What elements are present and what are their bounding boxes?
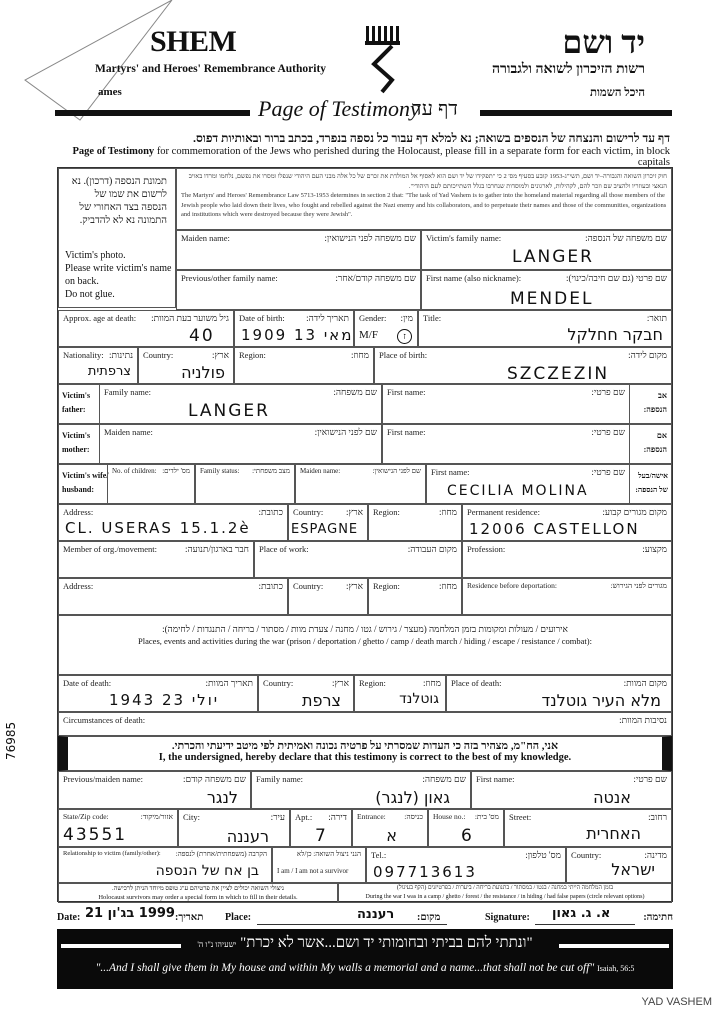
witness-city-field[interactable]: City: עיר: רעננה	[178, 809, 290, 847]
photo-box[interactable]: תמונת הנספה (דרכון). נא לרשום את שמו של …	[58, 168, 176, 308]
witness-house-no-value: 6	[461, 826, 474, 846]
side-line: אב	[644, 389, 667, 403]
label-he: מס' ילדים:	[162, 467, 190, 475]
label-en: First name (also nickname):	[426, 273, 521, 283]
place-of-work-field[interactable]: Place of work: מקום העבודה:	[254, 541, 462, 578]
previous-name-field[interactable]: Previous/other family name: שם משפחה קוד…	[176, 270, 421, 310]
label-en: Permanent residence:	[467, 507, 540, 517]
photo-line: Do not glue.	[65, 288, 173, 301]
label-en: Family name:	[104, 387, 151, 397]
maiden-name-field[interactable]: Maiden name: שם משפחה לפני הנישואין:	[176, 230, 421, 270]
label-he: מס' טלפון:	[525, 850, 561, 860]
label-en: Nationality:	[63, 350, 104, 360]
witness-country-field[interactable]: Country: מדינה: ישראל	[566, 847, 672, 883]
label-he: שם לפני הנישואין:	[372, 467, 421, 475]
place-of-birth-value: SZCZEZIN	[507, 364, 609, 384]
image-credit: YAD VASHEM	[642, 996, 713, 1008]
spouse-maiden-name-field[interactable]: Maiden name: שם לפני הנישואין:	[295, 464, 426, 504]
title-field[interactable]: Title: תואר: חבקר חחלקל	[418, 310, 672, 347]
signature-label-en: Signature:	[485, 912, 530, 923]
label-en: Previous/maiden name:	[63, 774, 143, 784]
gender-options: M/F	[359, 329, 378, 341]
label-he: הנני ניצול השואה: כן/לא	[297, 850, 361, 858]
war-note-he: בזמן המלחמה הייתי במחנה / בגטו / במסתור …	[339, 884, 671, 893]
war-note-en: During the war I was in a camp / ghetto …	[339, 893, 671, 902]
side-line: של הנספה:	[635, 483, 668, 497]
label-he: מקום לידה:	[628, 350, 667, 360]
label-he: מחוז:	[423, 678, 441, 688]
address-value: CL. USERAS 15.1.2è	[65, 519, 251, 537]
label-en: Residence before deportation:	[467, 581, 557, 590]
label-he: תאריך לידה:	[306, 313, 349, 323]
label-he: מחוז:	[351, 350, 369, 360]
label-he: אזור/מיקוד:	[141, 812, 173, 821]
witness-street-value: האחרית	[586, 824, 641, 843]
dob-value: 1909 מאי 13	[241, 326, 353, 344]
label-en: Address:	[63, 507, 93, 517]
label-he: מחוז:	[439, 581, 457, 591]
side-line: אם	[644, 429, 667, 443]
war-status-note[interactable]: בזמן המלחמה הייתי במחנה / בגטו / במסתור …	[338, 883, 672, 903]
label-en: Region:	[359, 678, 386, 688]
witness-family-name-value: גאון (לנגר)	[375, 788, 450, 807]
label-en: City:	[183, 812, 200, 822]
label-en: Street:	[509, 812, 531, 822]
label-he: נסיבות המוות:	[619, 715, 667, 725]
signature-row: Date: 1999 בג'ון 21 תאריך: Place: רעננה …	[57, 908, 673, 928]
title-rule-right	[480, 110, 672, 116]
date-value[interactable]: 1999 בג'ון 21	[85, 906, 175, 921]
title-value: חבקר חחלקל	[567, 325, 663, 344]
label-he: שם פרטי (גם שם חיבה/כינוי):	[566, 273, 667, 283]
label-en: House no.:	[433, 812, 466, 821]
label-he: שם משפחה:	[333, 387, 377, 397]
label-he: תואר:	[647, 313, 667, 323]
label-he: מס' בית:	[475, 812, 499, 821]
circumstances-field[interactable]: Circumstances of death: נסיבות המוות:	[58, 712, 672, 736]
side-line: Victim's	[62, 389, 90, 403]
label-he: מקום העבודה:	[408, 544, 457, 554]
authority-he: רשות הזיכרון לשואה ולגבורה	[492, 62, 645, 78]
declaration-en: I, the undersigned, hereby declare that …	[68, 752, 662, 763]
page-title-he: דף עד	[412, 98, 458, 121]
label-he: הקרבה (משפחתית/אחרת) לנספה:	[176, 850, 267, 858]
signature-label-he: חתימה:	[643, 912, 673, 923]
label-he: מגורים לפני הגירוש:	[610, 581, 667, 590]
quote-he-ref: ישעיהו נ"ו ה'	[197, 940, 236, 949]
witness-zip-value: 43551	[63, 825, 127, 845]
title-rule-left	[55, 110, 250, 116]
label-en: Country:	[263, 678, 293, 688]
witness-apt-field[interactable]: Apt.: דירה: 7	[290, 809, 352, 847]
label-en: Region:	[239, 350, 266, 360]
mother-row: Victim's mother: Maiden name: שם לפני הנ…	[58, 424, 672, 464]
first-name-field[interactable]: First name (also nickname): שם פרטי (גם …	[421, 270, 672, 310]
label-he: מחוז:	[439, 507, 457, 517]
label-he: מקום מגורים קבוע:	[602, 507, 667, 517]
photo-line: Please write victim's name	[65, 262, 173, 275]
label-en: Maiden name:	[181, 233, 230, 243]
witness-city-value: רעננה	[227, 827, 269, 846]
label-he: כניסה:	[404, 812, 423, 821]
label-he: שם משפחה:	[422, 774, 466, 784]
label-en: Apt.:	[295, 812, 312, 822]
label-he: חבר בארגון/תנועה:	[185, 544, 249, 554]
tel-field[interactable]: Tel.: מס' טלפון: 097713613	[366, 847, 566, 883]
label-en: Victim's family name:	[426, 233, 501, 243]
instructions-he: דף עד לרישום והנצחה של הנספים בשואה; נא …	[60, 131, 670, 146]
gender-field[interactable]: Gender: מין: M/F ז	[354, 310, 418, 347]
photo-line: on back.	[65, 275, 173, 288]
date-of-death-field[interactable]: Date of death: תאריך המוות: 1943 יולי 23	[58, 675, 258, 712]
label-en: Date of death:	[63, 678, 111, 688]
side-line: father:	[62, 403, 90, 417]
label-he: מדינה:	[644, 850, 667, 860]
signature-value[interactable]: א. ג. גאון	[552, 906, 610, 921]
tel-value: 097713613	[373, 863, 477, 881]
pre-deport-address-field[interactable]: Address: כתובת:	[58, 578, 288, 615]
label-en: Address:	[63, 581, 93, 591]
side-line: אישה/בעל	[635, 469, 668, 483]
death-country-value: צרפת	[302, 691, 341, 710]
law-text-box: חוק זיכרון השואה והגבורה–יד ושם, תשי"ג-1…	[176, 168, 672, 230]
declaration-box: אני, הח"מ, מצהיר בזה כי העדות שמסרתי על …	[58, 736, 672, 771]
label-en: Country:	[293, 507, 323, 517]
quote-en-ref: Isaiah, 56:5	[597, 964, 634, 973]
label-en: Place of death:	[451, 678, 502, 688]
residence-country-field[interactable]: Country: ארץ: ESPAGNE	[288, 504, 368, 541]
hall-of-names-he: היכל השמות	[590, 87, 645, 99]
hall-of-names-en: ames	[98, 86, 122, 98]
label-en: Member of org./movement:	[63, 544, 157, 554]
address-field[interactable]: Address: כתובת: CL. USERAS 15.1.2è	[58, 504, 288, 541]
law-text-en: The Martyrs' and Heroes' Remembrance Law…	[181, 191, 667, 220]
label-en: Maiden name:	[300, 467, 340, 475]
spouse-side-label-he: אישה/בעל של הנספה:	[635, 469, 668, 497]
profession-field[interactable]: Profession: מקצוע:	[462, 541, 672, 578]
label-en: First name:	[387, 427, 425, 437]
children-field[interactable]: No. of children: מס' ילדים:	[107, 464, 195, 504]
label-he: ארץ:	[346, 581, 363, 591]
quote-en-text: "...And I shall give them in My house an…	[96, 962, 595, 974]
father-side-label-en: Victim's father:	[62, 389, 90, 417]
label-en: Country:	[293, 581, 323, 591]
residence-region-field[interactable]: Region: מחוז:	[368, 504, 462, 541]
photo-line: Victim's photo.	[65, 249, 173, 262]
member-org-field[interactable]: Member of org./movement: חבר בארגון/תנוע…	[58, 541, 254, 578]
war-events-field[interactable]: אירועים / מעולות ומקומות בזמן המלחמה (מע…	[58, 615, 672, 675]
permanent-residence-field[interactable]: Permanent residence: מקום מגורים קבוע: 1…	[462, 504, 672, 541]
label-en: Approx. age at death:	[63, 313, 136, 323]
authority-en: Martyrs' and Heroes' Remembrance Authori…	[95, 63, 326, 75]
father-first-name-field[interactable]: First name: שם פרטי:	[382, 384, 630, 424]
archive-number: 76985	[4, 722, 18, 760]
label-en: Place of birth:	[379, 350, 427, 360]
witness-first-name-field[interactable]: First name: שם פרטי: אנטה	[471, 771, 672, 809]
label-he: שם משפחה קודם/אחר:	[335, 273, 416, 283]
label-en: Title:	[423, 313, 441, 323]
side-line: Victim's	[62, 429, 90, 443]
residence-country-value: ESPAGNE	[291, 522, 358, 537]
date-label-en: Date:	[57, 912, 80, 923]
mother-first-name-field[interactable]: First name: שם פרטי:	[382, 424, 630, 464]
label-he: ארץ:	[332, 678, 349, 688]
instructions-en: Page of Testimony for commemoration of t…	[60, 146, 670, 168]
label-he: נתינות:	[109, 350, 133, 360]
label-he: כתובת:	[258, 581, 283, 591]
label-en: Previous/other family name:	[181, 273, 278, 283]
label-en: First name:	[431, 467, 469, 477]
death-region-value: גוטלנד	[399, 691, 439, 707]
survivor-note: ניצולי השואה יכולים לציין את פרטיהם ע"ג …	[58, 883, 338, 903]
label-he: שם פרטי:	[591, 467, 625, 477]
gender-circled: ז	[397, 329, 412, 344]
place-label-en: Place:	[225, 912, 251, 923]
witness-previous-name-value: לנגר	[207, 788, 238, 807]
mother-side-label-en: Victim's mother:	[62, 429, 90, 457]
survivor-note-he: ניצולי השואה יכולים לציין את פרטיהם ע"ג …	[59, 884, 337, 893]
events-label-he: אירועים / מעולות ומקומות בזמן המלחמה (מע…	[59, 624, 671, 634]
label-he: דירה:	[328, 812, 347, 822]
label-en: Relationship to victim (family/other):	[63, 850, 161, 857]
instructions-en-text: for commemoration of the Jews who perish…	[154, 146, 670, 168]
label-he: מקום המוות:	[624, 678, 667, 688]
label-en: First name:	[387, 387, 425, 397]
nationality-field[interactable]: Nationality: נתינות: צרפתית	[58, 347, 138, 384]
label-he: שם לפני הנישואין:	[315, 427, 377, 437]
witness-zip-field[interactable]: State/Zip code: אזור/מיקוד: 43551	[58, 809, 178, 847]
family-name-value: LANGER	[512, 247, 594, 267]
pre-deport-region-field[interactable]: Region: מחוז:	[368, 578, 462, 615]
label-en: Gender:	[359, 313, 386, 323]
label-en: Place of work:	[259, 544, 309, 554]
place-of-death-field[interactable]: Place of death: מקום המוות: מלא העיר גוט…	[446, 675, 672, 712]
label-he: גיל משוער בעת המוות:	[151, 313, 229, 323]
survivor-note-en: Holocaust survivors may order a special …	[59, 893, 337, 902]
date-of-birth-field[interactable]: Date of birth: תאריך לידה: 1909 מאי 13	[234, 310, 354, 347]
org-name-he: יד ושם	[562, 24, 645, 61]
witness-country-value: ישראל	[611, 860, 655, 879]
label-he: שם פרטי:	[591, 427, 625, 437]
witness-previous-name-field[interactable]: Previous/maiden name: שם משפחה קודם: לנג…	[58, 771, 251, 809]
testimony-form: תמונת הנספה (דרכון). נא לרשום את שמו של …	[57, 167, 673, 902]
quote-banner: "ונתתי להם בביתי ובחומותי יד ושם...אשר ל…	[57, 929, 673, 989]
father-family-name-value: LANGER	[188, 401, 270, 421]
label-he: שם פרטי:	[591, 387, 625, 397]
father-row: Victim's father: Family name: שם משפחה: …	[58, 384, 672, 424]
side-line: הנספה:	[644, 403, 667, 417]
label-en: Date of birth:	[239, 313, 285, 323]
place-label-he: מקום:	[417, 912, 440, 923]
spouse-first-name-value: CECILIA MOLINA	[447, 483, 589, 499]
mother-maiden-name-field[interactable]: Maiden name: שם לפני הנישואין:	[99, 424, 382, 464]
side-line: הנספה:	[644, 443, 667, 457]
witness-entrance-value: א	[386, 826, 397, 845]
label-en: Entrance:	[357, 812, 386, 821]
quote-he: "ונתתי להם בביתי ובחומותי יד ושם...אשר ל…	[57, 935, 673, 952]
permanent-residence-value: 12006 CASTELLON	[469, 520, 640, 538]
label-he: עיר:	[271, 812, 285, 822]
label-he: ארץ:	[212, 350, 229, 360]
residence-before-deportation-field[interactable]: Residence before deportation: מגורים לפנ…	[462, 578, 672, 615]
law-text: חוק זיכרון השואה והגבורה–יד ושם, תשי"ג-1…	[181, 172, 667, 220]
yad-vashem-logo-icon	[362, 24, 402, 94]
side-line: mother:	[62, 443, 90, 457]
label-en: Family name:	[256, 774, 303, 784]
label-en: State/Zip code:	[63, 812, 109, 821]
first-name-value: MENDEL	[510, 289, 593, 309]
witness-street-field[interactable]: Street: רחוב: האחרית	[504, 809, 672, 847]
label-he: שם פרטי:	[633, 774, 667, 784]
label-en: Country:	[143, 350, 173, 360]
witness-entrance-field[interactable]: Entrance: כניסה: א	[352, 809, 428, 847]
birth-country-value: פולניה	[181, 363, 225, 382]
family-name-field[interactable]: Victim's family name: שם משפחה של הנספה:…	[421, 230, 672, 270]
label-he: שם משפחה לפני הנישואין:	[324, 233, 416, 243]
death-region-field[interactable]: Region: מחוז: גוטלנד	[354, 675, 446, 712]
place-value[interactable]: רעננה	[357, 907, 394, 922]
label-en: Profession:	[467, 544, 505, 554]
place-of-birth-field[interactable]: Place of birth: מקום לידה: SZCZEZIN	[374, 347, 672, 384]
label-he: מקצוע:	[642, 544, 667, 554]
events-label-en: Places, events and activities during the…	[59, 636, 671, 646]
father-family-name-field[interactable]: Family name: שם משפחה: LANGER	[99, 384, 382, 424]
label-he: מין:	[401, 313, 414, 323]
label-en: Country:	[571, 850, 601, 860]
date-of-death-value: 1943 יולי 23	[109, 691, 219, 709]
spouse-first-name-field[interactable]: First name: שם פרטי: CECILIA MOLINA	[426, 464, 630, 504]
quote-he-text: "ונתתי להם בביתי ובחומותי יד ושם...אשר ל…	[240, 935, 533, 951]
label-he: ארץ:	[346, 507, 363, 517]
label-en: Region:	[373, 507, 400, 517]
witness-first-name-value: אנטה	[593, 788, 631, 807]
mother-side-label-he: אם הנספה:	[644, 429, 667, 457]
label-en: Maiden name:	[104, 427, 153, 437]
label-en: Family status:	[200, 467, 239, 475]
declaration-he: אני, הח"מ, מצהיר בזה כי העדות שמסרתי על …	[68, 740, 662, 752]
spouse-side-label-en: Victim's wife/ husband:	[62, 469, 109, 497]
side-line: husband:	[62, 483, 109, 497]
pre-deport-country-field[interactable]: Country: ארץ:	[288, 578, 368, 615]
label-he: שם משפחה קודם:	[183, 774, 246, 784]
age-value: 40	[189, 326, 215, 346]
label-en: Circumstances of death:	[63, 715, 145, 725]
death-country-field[interactable]: Country: ארץ: צרפת	[258, 675, 354, 712]
birth-country-field[interactable]: Country: ארץ: פולניה	[138, 347, 234, 384]
age-field[interactable]: Approx. age at death: גיל משוער בעת המוו…	[58, 310, 234, 347]
witness-family-name-field[interactable]: Family name: שם משפחה: גאון (לנגר)	[251, 771, 471, 809]
place-of-death-value: מלא העיר גוטלנד	[542, 691, 661, 710]
survivor-field[interactable]: הנני ניצול השואה: כן/לא I am / I am not …	[272, 847, 366, 883]
father-side-label-he: אב הנספה:	[644, 389, 667, 417]
photo-instructions-he: תמונת הנספה (דרכון). נא לרשום את שמו של …	[67, 175, 167, 227]
family-status-field[interactable]: Family status: מצב משפחתי:	[195, 464, 295, 504]
label-he: שם משפחה של הנספה:	[585, 233, 667, 243]
photo-instructions-en: Victim's photo. Please write victim's na…	[65, 249, 173, 301]
label-he: מצב משפחתי:	[252, 467, 290, 475]
place-underline	[257, 924, 447, 925]
nationality-value: צרפתית	[88, 364, 131, 379]
witness-apt-value: 7	[315, 826, 328, 846]
label-he: תאריך המוות:	[206, 678, 253, 688]
date-label-he: תאריך:	[175, 912, 203, 923]
signature-underline	[535, 924, 635, 925]
relationship-value: בן אח של הנספה	[156, 863, 259, 879]
birth-region-field[interactable]: Region: מחוז:	[234, 347, 374, 384]
law-text-he: חוק זיכרון השואה והגבורה–יד ושם, תשי"ג-1…	[181, 172, 667, 191]
spouse-row: Victim's wife/ husband: No. of children:…	[58, 464, 672, 504]
label-en: Tel.:	[371, 850, 386, 860]
label-he: כתובת:	[258, 507, 283, 517]
label-en: First name:	[476, 774, 514, 784]
org-name-en: SHEM	[150, 25, 236, 59]
side-line: Victim's wife/	[62, 469, 109, 483]
quote-en: "...And I shall give them in My house an…	[57, 962, 673, 974]
witness-house-no-field[interactable]: House no.: מס' בית: 6	[428, 809, 504, 847]
label-he: רחוב:	[648, 812, 667, 822]
label-en: I am / I am not a survivor	[277, 867, 348, 875]
label-en: No. of children:	[112, 467, 157, 475]
label-en: Region:	[373, 581, 400, 591]
page-title-en: Page of Testimony	[258, 96, 420, 122]
instructions-en-bold: Page of Testimony	[73, 146, 155, 157]
relationship-field[interactable]: Relationship to victim (family/other): ה…	[58, 847, 272, 883]
